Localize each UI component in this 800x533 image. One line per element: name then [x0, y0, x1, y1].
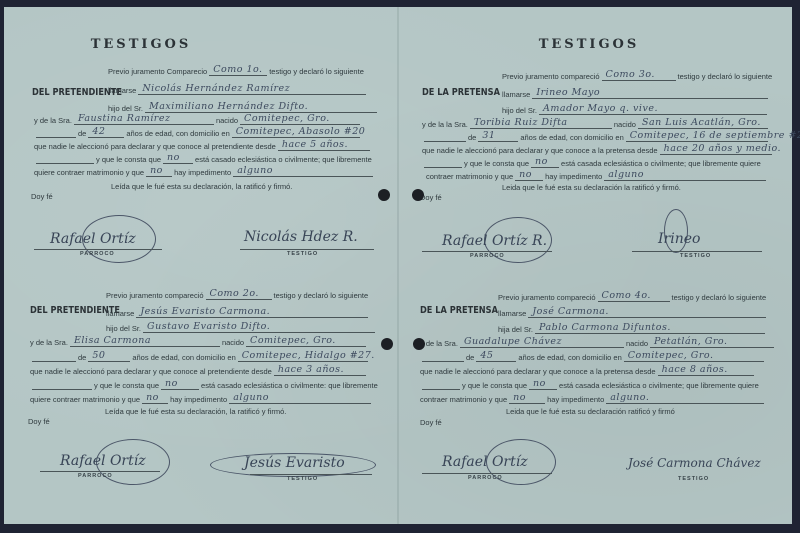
- ratification-text: Leída que le fué esta su declaración, la…: [105, 407, 286, 416]
- field-witness-number: Como 2o.: [206, 288, 272, 300]
- field-birthplace: Petatlán, Gro.: [650, 336, 774, 348]
- field-known-since: hace 3 años.: [274, 364, 366, 376]
- page-fold: [397, 7, 399, 524]
- field-address: Comitepec, Gro.: [624, 350, 764, 362]
- right-page: TESTIGOS DE LA PRETENSA Previo juramento…: [402, 7, 796, 524]
- line-llamarse: llamarse José Carmona.: [498, 306, 768, 318]
- parroco-label: PARROCO: [468, 475, 503, 481]
- line-llamarse: llamarse Jesús Evaristo Carmona.: [106, 306, 370, 318]
- line-mother: y de la Sra. Guadalupe Chávez nacido Pet…: [420, 336, 776, 348]
- line-conoce: que nadie le aleccionó para declarar y q…: [30, 364, 368, 376]
- testigo-signature-line: [250, 474, 372, 475]
- parroco-signature-line: [422, 251, 552, 252]
- field-impediment: no: [509, 392, 545, 404]
- line-age: de 50 años de edad, con domicilio en Com…: [30, 350, 370, 362]
- line-age: de 45 años de edad, con domicilio en Com…: [420, 350, 766, 362]
- line-conoce: que nadie le aleccionó para declarar y q…: [420, 364, 756, 376]
- doy-fe: Doy fé: [420, 418, 442, 427]
- line-comparecio: Previo juramento compareció Como 4o. tes…: [498, 290, 766, 302]
- field-mother: Elisa Carmona: [70, 335, 220, 347]
- binder-hole: [413, 338, 425, 350]
- line-mother: y de la Sra. Elisa Carmona nacido Comite…: [30, 335, 368, 347]
- field-mother: Guadalupe Chávez: [460, 336, 624, 348]
- left-page: TESTIGOS DEL PRETENDIENTE Previo juramen…: [4, 7, 398, 524]
- parroco-signature-line: [40, 471, 160, 472]
- parroco-label: PARROCO: [78, 473, 113, 479]
- field-impediment-detail: alguno.: [606, 392, 764, 404]
- parroco-signature: Rafael Ortíz: [60, 453, 146, 469]
- testigo-label: TESTIGO: [287, 476, 318, 482]
- parroco-label: PARROCO: [470, 253, 505, 259]
- binder-hole: [412, 189, 424, 201]
- field-married: no: [529, 378, 557, 390]
- parroco-signature-line: [34, 249, 162, 250]
- field-impediment: no: [142, 392, 168, 404]
- witness-block-4: DE LA PRETENSA Previo juramento comparec…: [402, 7, 796, 247]
- ratification-text: Leida que le fué esta su declaración rat…: [506, 407, 675, 416]
- line-father: hija del Sr. Pablo Carmona Difuntos.: [498, 322, 767, 334]
- line-comparecio: Previo juramento compareció Como 2o. tes…: [106, 288, 368, 300]
- field-witness-number: Como 4o.: [598, 290, 670, 302]
- field-birthplace: Comitepec, Gro.: [246, 335, 366, 347]
- line-consta: y que le consta que no está casado ecles…: [30, 378, 378, 390]
- testigo-signature: José Carmona Chávez: [628, 456, 761, 470]
- testigo-label: TESTIGO: [680, 253, 711, 259]
- field-father: Pablo Carmona Difuntos.: [535, 322, 765, 334]
- parroco-signature-line: [422, 473, 552, 474]
- testigo-signature-line: [240, 249, 374, 250]
- field-impediment-detail: alguno: [229, 392, 371, 404]
- line-father: hijo del Sr. Gustavo Evaristo Difto.: [106, 321, 377, 333]
- line-impedimento: quiere contraer matrimonio y que no hay …: [30, 392, 373, 404]
- doy-fe: Doy fé: [28, 417, 50, 426]
- testigo-signature: Jesús Evaristo: [244, 455, 345, 471]
- field-married: no: [161, 378, 199, 390]
- field-name: Jesús Evaristo Carmona.: [136, 306, 368, 318]
- field-father: Gustavo Evaristo Difto.: [143, 321, 375, 333]
- parroco-label: PARROCO: [80, 251, 115, 257]
- party-label: DE LA PRETENSA: [420, 305, 498, 316]
- field-age: 45: [476, 350, 516, 362]
- binder-hole: [378, 189, 390, 201]
- line-impedimento: contraer matrimonio y que no hay impedim…: [420, 392, 766, 404]
- testigo-signature-line: [632, 251, 762, 252]
- field-name: José Carmona.: [528, 306, 766, 318]
- binder-hole: [381, 338, 393, 350]
- field-address: Comitepec, Hidalgo #27.: [238, 350, 368, 362]
- parroco-signature: Rafael Ortíz: [442, 454, 528, 470]
- testigo-label: TESTIGO: [287, 251, 318, 257]
- witness-block-2: DEL PRETENDIENTE Previo juramento compar…: [4, 7, 398, 247]
- line-consta: y que le consta que no está casada ecles…: [420, 378, 759, 390]
- field-known-since: hace 8 años.: [658, 364, 754, 376]
- field-age: 50: [88, 350, 130, 362]
- testigo-label: TESTIGO: [678, 476, 709, 482]
